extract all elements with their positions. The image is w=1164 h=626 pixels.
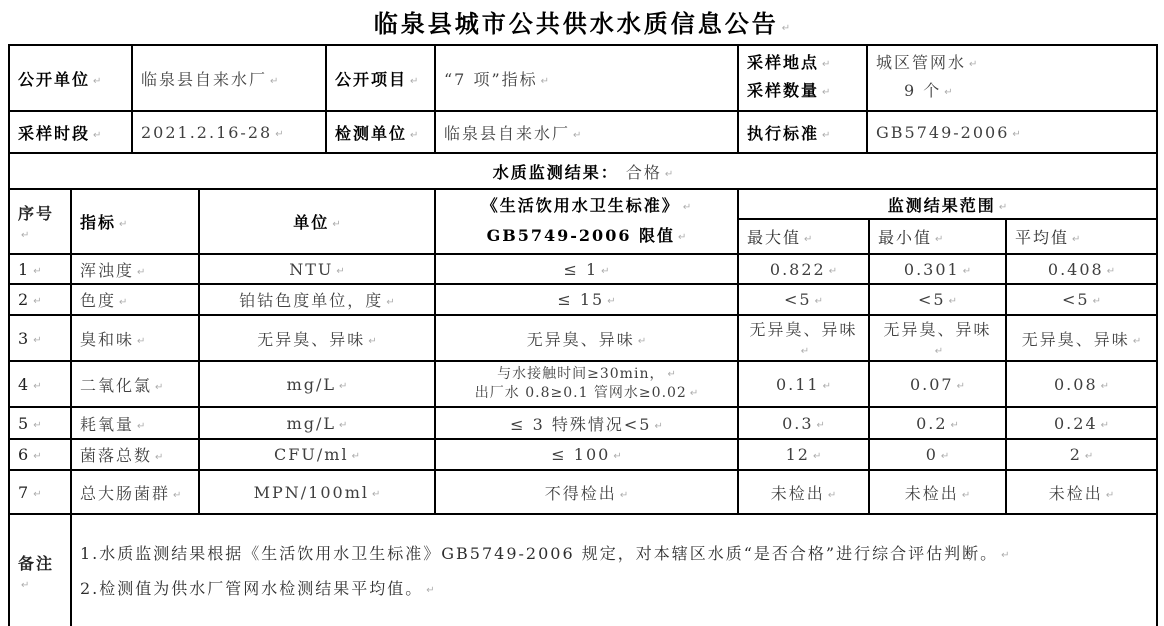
table-row: 7 总大肠菌群 MPN/100ml 不得检出 未检出 未检出 未检出 bbox=[9, 470, 1157, 514]
row-max-cell: 0.822 bbox=[738, 254, 869, 284]
sampling-place-count-value-cell: 城区管网水 9 个 bbox=[867, 45, 1157, 111]
row-limit-cell: ≤ 3 特殊情况<5 bbox=[435, 407, 738, 439]
table-row: 4 二氧化氯 mg/L 与水接触时间≥30min， 出厂水 0.8≥0.1 管网… bbox=[9, 361, 1157, 407]
row-unit-cell: mg/L bbox=[199, 407, 435, 439]
row-max: 无异臭、异味 bbox=[749, 320, 857, 359]
result-table: 水质监测结果： 合格 bbox=[8, 152, 1158, 190]
notes-table: 备注 1.水质监测结果根据《生活饮用水卫生标准》GB5749-2006 规定，对… bbox=[8, 513, 1158, 626]
row-limit: 不得检出 bbox=[545, 484, 628, 503]
table-row: 1 浑浊度 NTU ≤ 1 0.822 0.301 0.408 bbox=[9, 254, 1157, 284]
notes-line-1-text: 1.水质监测结果根据《生活饮用水卫生标准》GB5749-2006 规定，对本辖区… bbox=[80, 544, 1010, 563]
sampling-period-value: 2021.2.16-28 bbox=[141, 123, 284, 142]
row-indicator: 总大肠菌群 bbox=[80, 484, 181, 503]
row-indicator: 色度 bbox=[80, 291, 127, 310]
row-no-cell: 2 bbox=[9, 284, 71, 315]
public-unit-value: 临泉县自来水厂 bbox=[141, 70, 278, 89]
header-unit: 单位 bbox=[293, 213, 340, 232]
result-row: 水质监测结果： 合格 bbox=[9, 153, 1157, 189]
row-limit: 无异臭、异味 bbox=[527, 330, 646, 349]
row-indicator: 浑浊度 bbox=[80, 261, 145, 280]
standard-value-cell: GB5749-2006 bbox=[867, 111, 1157, 153]
header-indicator-cell: 指标 bbox=[71, 189, 199, 254]
row-unit-cell: 无异臭、异味 bbox=[199, 315, 435, 361]
row-indicator: 臭和味 bbox=[80, 330, 145, 349]
header-limit-cell: 《生活饮用水卫生标准》 GB5749-2006 限值 bbox=[435, 189, 738, 254]
row-min: <5 bbox=[918, 290, 957, 309]
header-row-1: 序号 指标 单位 《生活饮用水卫生标准》 GB5749-2006 限值 监测结果… bbox=[9, 189, 1157, 219]
row-no-cell: 3 bbox=[9, 315, 71, 361]
row-unit-cell: mg/L bbox=[199, 361, 435, 407]
row-min-cell: 0 bbox=[869, 439, 1006, 470]
row-max: 未检出 bbox=[771, 484, 836, 503]
header-unit-cell: 单位 bbox=[199, 189, 435, 254]
standard-label: 执行标准 bbox=[747, 124, 830, 143]
row-min-cell: 0.07 bbox=[869, 361, 1006, 407]
sampling-period-label: 采样时段 bbox=[18, 124, 101, 143]
testing-unit-label-cell: 检测单位 bbox=[326, 111, 435, 153]
row-no: 3 bbox=[18, 329, 42, 348]
row-unit: CFU/ml bbox=[274, 445, 360, 464]
row-indicator-cell: 二氧化氯 bbox=[71, 361, 199, 407]
header-no-cell: 序号 bbox=[9, 189, 71, 254]
row-max: 0.822 bbox=[770, 260, 837, 279]
row-avg: 未检出 bbox=[1049, 484, 1114, 503]
sampling-count-value: 9 个 bbox=[876, 78, 953, 106]
header-range: 监测结果范围 bbox=[888, 196, 1007, 215]
row-no-cell: 1 bbox=[9, 254, 71, 284]
row-max: 12 bbox=[786, 445, 822, 464]
row-unit: 无异臭、异味 bbox=[257, 330, 376, 349]
row-min: 0 bbox=[926, 445, 950, 464]
info-row-2: 采样时段 2021.2.16-28 检测单位 临泉县自来水厂 执行标准 GB57… bbox=[9, 111, 1157, 153]
row-max-cell: 0.3 bbox=[738, 407, 869, 439]
row-indicator-cell: 色度 bbox=[71, 284, 199, 315]
row-min-cell: 0.2 bbox=[869, 407, 1006, 439]
row-indicator-cell: 臭和味 bbox=[71, 315, 199, 361]
row-min: 0.07 bbox=[910, 375, 965, 394]
header-max: 最大值 bbox=[747, 228, 812, 247]
row-limit-cell: 不得检出 bbox=[435, 470, 738, 514]
row-max-cell: <5 bbox=[738, 284, 869, 315]
row-no: 2 bbox=[18, 290, 42, 309]
row-limit-cell: ≤ 1 bbox=[435, 254, 738, 284]
row-max-cell: 0.11 bbox=[738, 361, 869, 407]
header-no: 序号 bbox=[18, 204, 54, 243]
result-label: 水质监测结果： bbox=[493, 163, 619, 182]
row-min: 0.2 bbox=[916, 414, 959, 433]
row-no: 6 bbox=[18, 445, 42, 464]
public-unit-value-cell: 临泉县自来水厂 bbox=[132, 45, 326, 111]
public-unit-label-cell: 公开单位 bbox=[9, 45, 132, 111]
row-indicator-cell: 浑浊度 bbox=[71, 254, 199, 284]
header-avg-cell: 平均值 bbox=[1006, 219, 1157, 254]
header-indicator: 指标 bbox=[80, 213, 127, 232]
row-unit: mg/L bbox=[287, 375, 348, 394]
row-limit: ≤ 100 bbox=[551, 445, 621, 464]
standard-value: GB5749-2006 bbox=[876, 123, 1021, 142]
row-avg: <5 bbox=[1062, 290, 1101, 309]
row-avg: 2 bbox=[1070, 445, 1094, 464]
row-limit-cell: ≤ 15 bbox=[435, 284, 738, 315]
sampling-period-value-cell: 2021.2.16-28 bbox=[132, 111, 326, 153]
water-quality-bulletin-page: 临泉县城市公共供水水质信息公告 公开单位 临泉县自来水厂 公开项目 “7 项”指… bbox=[0, 0, 1164, 626]
row-avg-cell: 0.08 bbox=[1006, 361, 1157, 407]
row-avg: 无异臭、异味 bbox=[1022, 330, 1141, 349]
row-min: 未检出 bbox=[905, 484, 970, 503]
public-item-label: 公开项目 bbox=[335, 70, 418, 89]
row-indicator: 耗氧量 bbox=[80, 415, 145, 434]
result-cell: 水质监测结果： 合格 bbox=[9, 153, 1157, 189]
table-row: 2 色度 铂钴色度单位，度 ≤ 15 <5 <5 <5 bbox=[9, 284, 1157, 315]
standard-label-cell: 执行标准 bbox=[738, 111, 867, 153]
page-title-text: 临泉县城市公共供水水质信息公告 bbox=[374, 10, 790, 38]
row-limit-line1: 与水接触时间≥30min， bbox=[497, 366, 676, 382]
notes-label-cell: 备注 bbox=[9, 514, 71, 626]
testing-unit-label: 检测单位 bbox=[335, 124, 418, 143]
row-unit: NTU bbox=[289, 260, 345, 279]
sampling-period-label-cell: 采样时段 bbox=[9, 111, 132, 153]
row-avg: 0.08 bbox=[1054, 375, 1109, 394]
page-title: 临泉县城市公共供水水质信息公告 bbox=[0, 8, 1164, 44]
row-limit-cell: 与水接触时间≥30min， 出厂水 0.8≥0.1 管网水≥0.02 bbox=[435, 361, 738, 407]
row-avg-cell: 未检出 bbox=[1006, 470, 1157, 514]
sampling-place-value: 城区管网水 bbox=[876, 53, 977, 72]
row-no: 7 bbox=[18, 483, 42, 502]
header-range-cell: 监测结果范围 bbox=[738, 189, 1157, 219]
notes-content-cell: 1.水质监测结果根据《生活饮用水卫生标准》GB5749-2006 规定，对本辖区… bbox=[71, 514, 1157, 626]
row-max: 0.11 bbox=[776, 375, 831, 394]
row-indicator-cell: 菌落总数 bbox=[71, 439, 199, 470]
notes-row: 备注 1.水质监测结果根据《生活饮用水卫生标准》GB5749-2006 规定，对… bbox=[9, 514, 1157, 626]
row-avg-cell: 0.24 bbox=[1006, 407, 1157, 439]
row-unit-cell: MPN/100ml bbox=[199, 470, 435, 514]
row-limit-cell: 无异臭、异味 bbox=[435, 315, 738, 361]
sampling-count-label: 采样数量 bbox=[747, 81, 830, 100]
row-limit-cell: ≤ 100 bbox=[435, 439, 738, 470]
row-no-cell: 7 bbox=[9, 470, 71, 514]
row-unit: MPN/100ml bbox=[254, 483, 381, 502]
testing-unit-value: 临泉县自来水厂 bbox=[444, 124, 581, 143]
row-indicator-cell: 总大肠菌群 bbox=[71, 470, 199, 514]
row-min-cell: 无异臭、异味 bbox=[869, 315, 1006, 361]
row-avg-cell: 2 bbox=[1006, 439, 1157, 470]
header-min: 最小值 bbox=[878, 228, 943, 247]
row-avg-cell: 0.408 bbox=[1006, 254, 1157, 284]
row-limit: ≤ 3 特殊情况<5 bbox=[510, 415, 663, 434]
header-limit-line2: GB5749-2006 限值 bbox=[487, 226, 687, 245]
sampling-place-label: 采样地点 bbox=[747, 53, 830, 72]
row-indicator-cell: 耗氧量 bbox=[71, 407, 199, 439]
row-max: <5 bbox=[784, 290, 823, 309]
row-unit: 铂钴色度单位，度 bbox=[239, 291, 394, 310]
header-avg: 平均值 bbox=[1015, 228, 1080, 247]
table-row: 6 菌落总数 CFU/ml ≤ 100 12 0 2 bbox=[9, 439, 1157, 470]
row-no-cell: 6 bbox=[9, 439, 71, 470]
data-table: 序号 指标 单位 《生活饮用水卫生标准》 GB5749-2006 限值 监测结果… bbox=[8, 188, 1158, 515]
row-unit-cell: CFU/ml bbox=[199, 439, 435, 470]
row-min-cell: <5 bbox=[869, 284, 1006, 315]
row-unit: mg/L bbox=[287, 414, 348, 433]
row-limit: ≤ 1 bbox=[563, 260, 609, 279]
row-max: 0.3 bbox=[782, 414, 825, 433]
row-min-cell: 0.301 bbox=[869, 254, 1006, 284]
row-max-cell: 未检出 bbox=[738, 470, 869, 514]
header-max-cell: 最大值 bbox=[738, 219, 869, 254]
row-no-cell: 5 bbox=[9, 407, 71, 439]
notes-line-2-text: 2.检测值为供水厂管网水检测结果平均值。 bbox=[80, 579, 435, 598]
info-row-1: 公开单位 临泉县自来水厂 公开项目 “7 项”指标 采样地点 采样数量 城区管网… bbox=[9, 45, 1157, 111]
row-avg-cell: 无异臭、异味 bbox=[1006, 315, 1157, 361]
testing-unit-value-cell: 临泉县自来水厂 bbox=[435, 111, 738, 153]
row-avg-cell: <5 bbox=[1006, 284, 1157, 315]
row-unit-cell: NTU bbox=[199, 254, 435, 284]
row-no: 5 bbox=[18, 414, 42, 433]
table-row: 3 臭和味 无异臭、异味 无异臭、异味 无异臭、异味 无异臭、异味 无异臭、异味 bbox=[9, 315, 1157, 361]
row-min: 无异臭、异味 bbox=[883, 320, 991, 359]
row-unit-cell: 铂钴色度单位，度 bbox=[199, 284, 435, 315]
public-item-label-cell: 公开项目 bbox=[326, 45, 435, 111]
result-value: 合格 bbox=[626, 163, 673, 182]
row-min-cell: 未检出 bbox=[869, 470, 1006, 514]
notes-line-2: 2.检测值为供水厂管网水检测结果平均值。 bbox=[80, 574, 1148, 605]
row-max-cell: 无异臭、异味 bbox=[738, 315, 869, 361]
table-row: 5 耗氧量 mg/L ≤ 3 特殊情况<5 0.3 0.2 0.24 bbox=[9, 407, 1157, 439]
notes-line-1: 1.水质监测结果根据《生活饮用水卫生标准》GB5749-2006 规定，对本辖区… bbox=[80, 539, 1148, 570]
row-limit: ≤ 15 bbox=[557, 290, 615, 309]
row-no-cell: 4 bbox=[9, 361, 71, 407]
public-item-value-cell: “7 项”指标 bbox=[435, 45, 738, 111]
public-item-value: “7 项”指标 bbox=[444, 70, 549, 89]
row-avg: 0.24 bbox=[1054, 414, 1109, 433]
row-no: 1 bbox=[18, 260, 42, 279]
row-indicator: 二氧化氯 bbox=[80, 376, 163, 395]
row-avg: 0.408 bbox=[1048, 260, 1115, 279]
row-indicator: 菌落总数 bbox=[80, 446, 163, 465]
row-limit-line2: 出厂水 0.8≥0.1 管网水≥0.02 bbox=[475, 385, 698, 401]
notes-label: 备注 bbox=[18, 554, 54, 593]
info-table: 公开单位 临泉县自来水厂 公开项目 “7 项”指标 采样地点 采样数量 城区管网… bbox=[8, 44, 1158, 154]
row-no: 4 bbox=[18, 375, 42, 394]
row-max-cell: 12 bbox=[738, 439, 869, 470]
header-limit-line1: 《生活饮用水卫生标准》 bbox=[482, 196, 691, 215]
row-min: 0.301 bbox=[904, 260, 971, 279]
sampling-place-count-label-cell: 采样地点 采样数量 bbox=[738, 45, 867, 111]
header-min-cell: 最小值 bbox=[869, 219, 1006, 254]
public-unit-label: 公开单位 bbox=[18, 70, 101, 89]
